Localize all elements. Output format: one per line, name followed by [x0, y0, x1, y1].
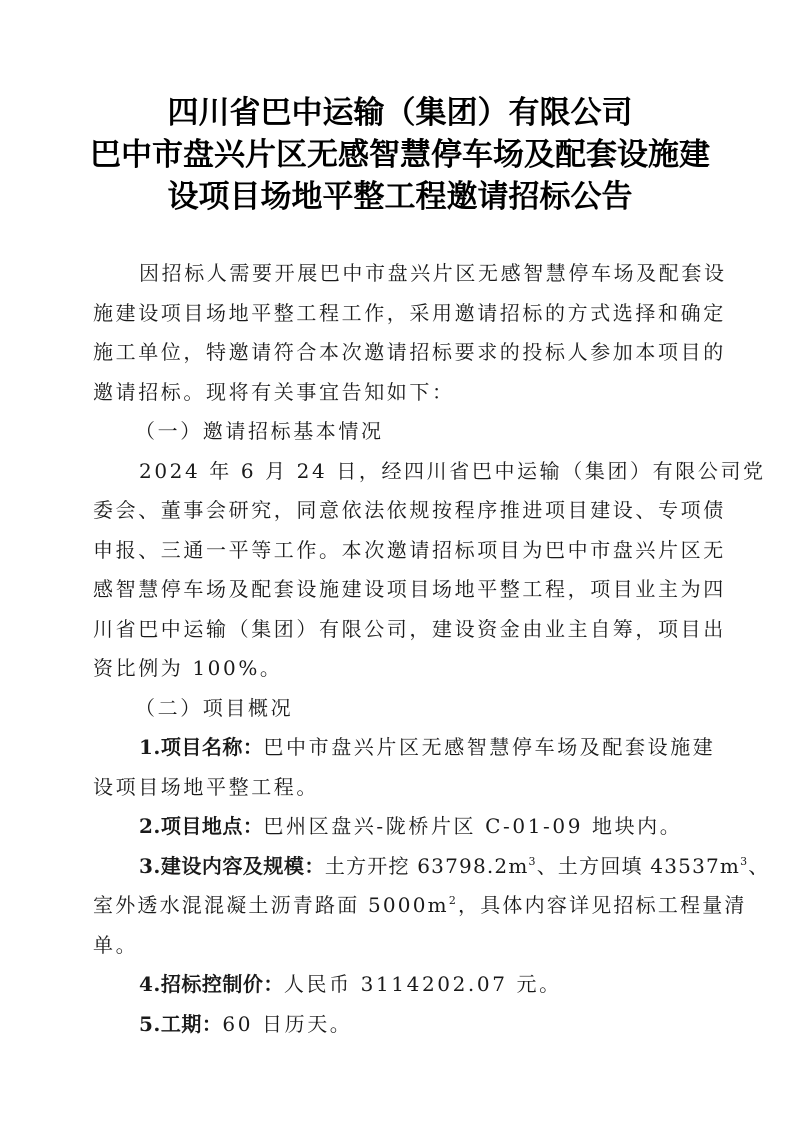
document-page: 四川省巴中运输（集团）有限公司 巴中市盘兴片区无感智慧停车场及配套设施建 设项目…	[0, 0, 800, 1131]
item-label: 5.工期：	[139, 1012, 222, 1036]
superscript: 2	[449, 894, 458, 907]
item-text: 、	[748, 854, 769, 878]
project-item-location: 2.项目地点：巴州区盘兴-陇桥片区 C-01-09 地块内。	[93, 807, 713, 847]
title-line-3: 设项目场地平整工程邀请招标公告	[0, 176, 800, 218]
project-item-price: 4.招标控制价：人民币 3114202.07 元。	[93, 965, 713, 1005]
title-line-2: 巴中市盘兴片区无感智慧停车场及配套设施建	[0, 134, 800, 176]
project-item-duration: 5.工期：60 日历天。	[93, 1005, 713, 1045]
paragraph-line: 资比例为 100%。	[93, 649, 713, 689]
item-label: 1.项目名称：	[139, 735, 263, 759]
document-title: 四川省巴中运输（集团）有限公司 巴中市盘兴片区无感智慧停车场及配套设施建 设项目…	[0, 92, 800, 218]
paragraph-line: 川省巴中运输（集团）有限公司，建设资金由业主自筹，项目出	[93, 610, 713, 650]
paragraph-line: 感智慧停车场及配套设施建设项目场地平整工程，项目业主为四	[93, 570, 713, 610]
section-heading-2: （二）项目概况	[93, 689, 713, 729]
item-text: 、土方回填 43537m	[537, 854, 740, 878]
document-body: 因招标人需要开展巴中市盘兴片区无感智慧停车场及配套设 施建设项目场地平整工程工作…	[93, 254, 713, 1044]
item-text: 巴州区盘兴-陇桥片区 C-01-09 地块内。	[263, 814, 682, 838]
intro-paragraph: 因招标人需要开展巴中市盘兴片区无感智慧停车场及配套设 施建设项目场地平整工程工作…	[93, 254, 713, 412]
intro-line: 邀请招标。现将有关事宜告知如下：	[93, 373, 713, 413]
item-continuation: 单。	[93, 926, 713, 966]
intro-line: 因招标人需要开展巴中市盘兴片区无感智慧停车场及配套设	[93, 254, 713, 294]
project-item-name: 1.项目名称：巴中市盘兴片区无感智慧停车场及配套设施建 设项目场地平整工程。	[93, 728, 713, 807]
project-item-scope: 3.建设内容及规模：土方开挖 63798.2m3、土方回填 43537m3、 室…	[93, 847, 713, 966]
paragraph-line: 2024 年 6 月 24 日，经四川省巴中运输（集团）有限公司党	[93, 452, 713, 492]
item-label: 4.招标控制价：	[139, 972, 284, 996]
item-text: 室外透水混混凝土沥青路面 5000m	[93, 893, 449, 917]
paragraph-line: 申报、三通一平等工作。本次邀请招标项目为巴中市盘兴片区无	[93, 531, 713, 571]
item-label: 3.建设内容及规模：	[139, 854, 325, 878]
item-text: 60 日历天。	[222, 1012, 352, 1036]
title-line-1: 四川省巴中运输（集团）有限公司	[0, 92, 800, 134]
paragraph-line: 委会、董事会研究，同意依法依规按程序推进项目建设、专项债	[93, 491, 713, 531]
item-text: ，具体内容详见招标工程量清	[458, 893, 747, 917]
item-text: 巴中市盘兴片区无感智慧停车场及配套设施建	[263, 735, 715, 759]
intro-line: 施建设项目场地平整工程工作，采用邀请招标的方式选择和确定	[93, 294, 713, 334]
superscript: 3	[529, 855, 537, 868]
item-text: 人民币 3114202.07 元。	[284, 972, 562, 996]
section-heading-1: （一）邀请招标基本情况	[93, 412, 713, 452]
item-text: 土方开挖 63798.2m	[325, 854, 529, 878]
item-label: 2.项目地点：	[139, 814, 263, 838]
item-continuation: 设项目场地平整工程。	[93, 768, 713, 808]
section-1-paragraph: 2024 年 6 月 24 日，经四川省巴中运输（集团）有限公司党 委会、董事会…	[93, 452, 713, 689]
intro-line: 施工单位，特邀请符合本次邀请招标要求的投标人参加本项目的	[93, 333, 713, 373]
